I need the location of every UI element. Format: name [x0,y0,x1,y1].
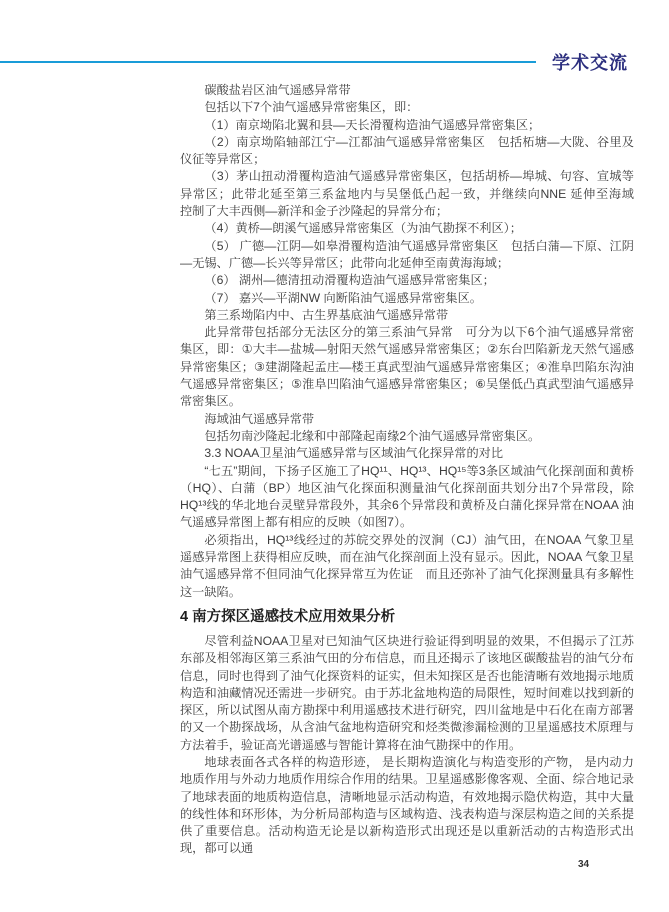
page-header-section-label: 学术交流 [552,49,628,75]
paragraph: 碳酸盐岩区油气遥感异常带 [180,82,634,99]
article-body: 碳酸盐岩区油气遥感异常带包括以下7个油气遥感异常密集区，即：（1）南京坳陷北翼和… [180,82,634,858]
paragraph: 此异常带包括部分无法区分的第三系油气异常 可分为以下6个油气遥感异常密集区，即：… [180,324,634,410]
paragraph: （3）茅山扭动滑覆构造油气遥感异常密集区，包括胡桥—埠城、句容、宣城等异常区；此… [180,168,634,220]
header-divider-rule [0,61,536,63]
page-number: 34 [578,859,589,870]
paragraph: 包括以下7个油气遥感异常密集区，即： [180,99,634,116]
paragraph: （5） 广德—江阴—如皋滑覆构造油气遥感异常密集区 包括白蒲—下原、江阴—无锡、… [180,238,634,273]
paragraph: （1）南京坳陷北翼和县—天长滑覆构造油气遥感异常密集区； [180,117,634,134]
paragraph: “七五”期间，下扬子区施工了HQ¹¹、HQ¹³、HQ¹⁵等3条区域油气化探剖面和… [180,463,634,532]
paragraph: （6） 湖州—德清扭动滑覆构造油气遥感异常密集区； [180,272,634,289]
paragraph: （2）南京坳陷轴部江宁—江都油气遥感异常密集区 包括柘塘—大陇、谷里及仪征等异常… [180,134,634,169]
paragraph: 第三系坳陷内中、古生界基底油气遥感异常带 [180,307,634,324]
paragraph: （4）黄桥—朗溪气遥感异常密集区（为油气勘探不利区）； [180,220,634,237]
paragraph: 尽管利益NOAA卫星对已知油气区块进行验证得到明显的效果，不但揭示了江苏东部及相… [180,633,634,754]
journal-page: 学术交流 碳酸盐岩区油气遥感异常带包括以下7个油气遥感异常密集区，即：（1）南京… [0,0,669,912]
section-heading: 4 南方探区遥感技术应用效果分析 [180,607,634,628]
paragraph: 地球表面各式各样的构造形迹， 是长期构造演化与构造变形的产物， 是内动力地质作用… [180,754,634,858]
paragraph: （7） 嘉兴—平湖NW 向断陷油气遥感异常密集区。 [180,290,634,307]
paragraph: 3.3 NOAA卫星油气遥感异常与区域油气化探异常的对比 [180,445,634,462]
paragraph: 必须指出，HQ¹³线经过的苏皖交界处的汊涧（CJ）油气田，在NOAA 气象卫星遥… [180,532,634,601]
paragraph: 海域油气遥感异常带 [180,411,634,428]
paragraph: 包括勿南沙隆起北缘和中部隆起南缘2个油气遥感异常密集区。 [180,428,634,445]
